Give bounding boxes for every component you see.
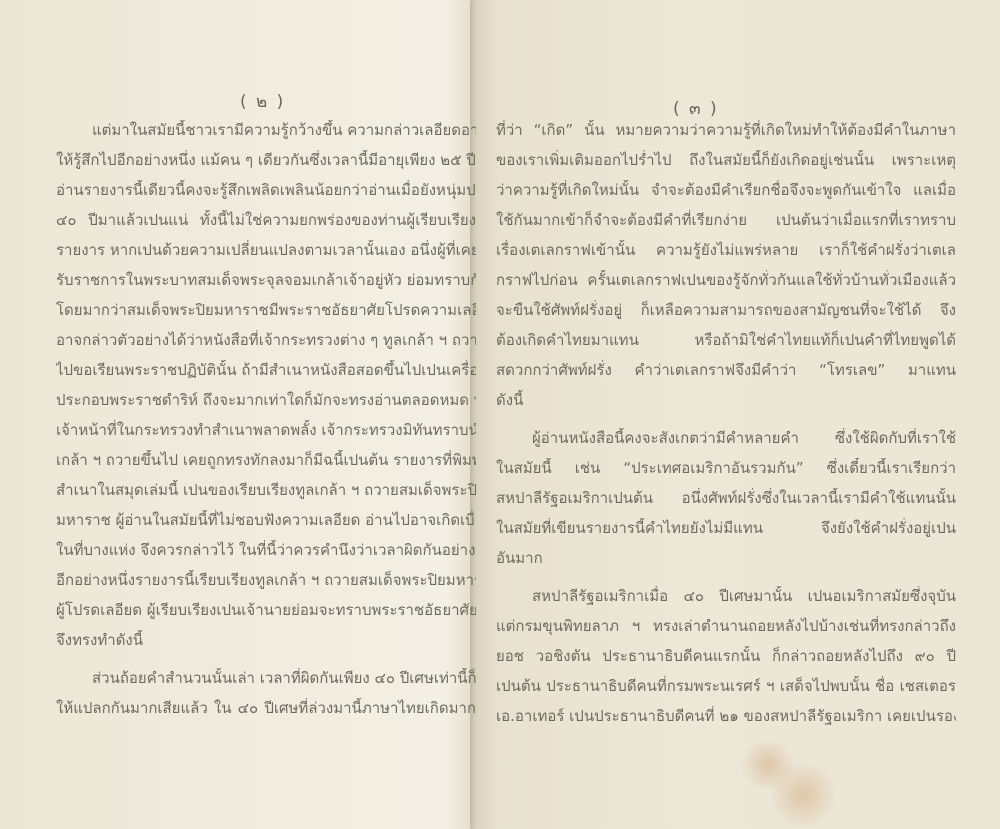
- text-line: อันมาก: [496, 548, 956, 578]
- text-line: ใช้กันมากเข้าก็จำจะต้องมีคำที่เรียกง่าย …: [496, 210, 956, 240]
- text-line: ยอช วอชิงตัน ประธานาธิบดีคนแรกนั้น ก็กล่…: [496, 646, 956, 676]
- text-line: ของเราเพิ่มเติมออกไปร่ำไป ถึงในสมัยนี้ก็…: [496, 150, 956, 180]
- text-line: กราฟไปก่อน ครั้นเตเลกราฟเปนของรู้จักทั่ว…: [496, 270, 956, 300]
- text-line: อาจกล่าวตัวอย่างได้ว่าหนังสือที่เจ้ากระท…: [56, 330, 476, 360]
- text-line: จะขืนใช้ศัพท์ฝรั่งอยู่ ก็เหลือความสามารถ…: [496, 300, 956, 330]
- text-line: เกล้า ฯ ถวายขึ้นไป เคยถูกทรงทักลงมาก็มีฉ…: [56, 450, 476, 480]
- text-line: ดังนี้: [496, 390, 956, 420]
- text-line: สหปาลีรัฐอเมริกาเมื่อ ๔๐ ปีเศษมานั้น เปน…: [496, 586, 956, 616]
- text-line: แต่มาในสมัยนี้ชาวเรามีความรู้กว้างขึ้น ค…: [56, 120, 476, 150]
- book-spread: ( ๒ ) แต่มาในสมัยนี้ชาวเรามีความรู้กว้าง…: [0, 0, 1000, 829]
- text-line: จึงทรงทำดังนี้: [56, 630, 476, 660]
- page-number: ( ๒ ): [240, 88, 285, 115]
- left-page-body: แต่มาในสมัยนี้ชาวเรามีความรู้กว้างขึ้น ค…: [56, 120, 476, 728]
- text-line: ในสมัยที่เขียนรายงารนี้คำไทยยังไม่มีแทน …: [496, 518, 956, 548]
- text-line: ส่วนถ้อยคำสำนวนนั้นเล่า เวลาที่ผิดกันเพี…: [56, 668, 476, 698]
- text-line: ให้แปลกกันมากเสียแล้ว ใน ๔๐ ปีเศษที่ล่วง…: [56, 698, 476, 728]
- page-number: ( ๓ ): [673, 95, 719, 122]
- text-line: ต้องเกิดคำไทยมาแทน หรือถ้ามิใช่คำไทยแท้ก…: [496, 330, 956, 360]
- right-page-body: ที่ว่า “เกิด” นั้น หมายความว่าความรู้ที่…: [496, 120, 956, 736]
- text-line: เอ.อาเทอร์ เปนประธานาธิบดีคนที่ ๒๑ ของสห…: [496, 706, 956, 736]
- text-line: ว่าความรู้ที่เกิดใหม่นั้น จำจะต้องมีคำเร…: [496, 180, 956, 210]
- text-line: เปนต้น ประธานาธิบดีคนที่กรมพระนเรศร์ ฯ เ…: [496, 676, 956, 706]
- text-line: ไปขอเรียนพระราชปฏิบัตินั้น ถ้ามีสำเนาหนั…: [56, 360, 476, 390]
- text-line: ที่ว่า “เกิด” นั้น หมายความว่าความรู้ที่…: [496, 120, 956, 150]
- text-line: ผู้โปรดเลอียด ผู้เรียบเรียงเปนเจ้านายย่อ…: [56, 600, 476, 630]
- text-line: แต่กรมขุนพิทยลาภ ฯ ทรงเล่าตำนานถอยหลังไป…: [496, 616, 956, 646]
- text-line: อีกอย่างหนึ่งรายงารนี้เรียบเรียงทูลเกล้า…: [56, 570, 476, 600]
- text-line: เจ้าหน้าที่ในกระทรวงทำสำเนาพลาดพลั้ง เจ้…: [56, 420, 476, 450]
- text-line: ประกอบพระราชดำริห์ ถึงจะมากเท่าใดก็มักจะ…: [56, 390, 476, 420]
- text-line: ให้รู้สึกไปอีกอย่างหนึ่ง แม้คน ๆ เดียวกั…: [56, 150, 476, 180]
- paper-stain: [768, 760, 838, 829]
- text-line: อ่านรายงารนี้เดียวนี้คงจะรู้สึกเพลิดเพลิ…: [56, 180, 476, 210]
- text-line: สำเนาในสมุดเล่มนี้ เปนของเรียบเรียงทูลเก…: [56, 480, 476, 510]
- text-line: ผู้อ่านหนังสือนี้คงจะสังเกตว่ามีคำหลายคำ…: [496, 428, 956, 458]
- text-line: ในสมัยนี้ เช่น “ประเทศอเมริกาอันรวมกัน” …: [496, 458, 956, 488]
- text-line: ๔๐ ปีมาแล้วเปนแน่ ทั้งนี้ไม่ใช่ความยกพร่…: [56, 210, 476, 240]
- text-line: มหาราช ผู้อ่านในสมัยนี้ที่ไม่ชอบฟังความเ…: [56, 510, 476, 540]
- text-line: เรื่องเตเลกราฟเข้านั้น ความรู้ยังไม่แพร่…: [496, 240, 956, 270]
- text-line: โดยมากว่าสมเด็จพระปิยมหาราชมีพระราชอัธยา…: [56, 300, 476, 330]
- right-page: ( ๓ ) ที่ว่า “เกิด” นั้น หมายความว่าความ…: [468, 0, 1000, 829]
- text-line: สหปาลีรัฐอเมริกาเปนต้น อนึ่งศัพท์ฝรั่งซึ…: [496, 488, 956, 518]
- text-line: รับราชการในพระบาทสมเด็จพระจุลจอมเกล้าเจ้…: [56, 270, 476, 300]
- text-line: สดวกกว่าศัพท์ฝรั่ง คำว่าเตเลกราฟจึงมีคำว…: [496, 360, 956, 390]
- text-line: ในที่บางแห่ง จึงควรกล่าวไว้ ในที่นี้ว่าค…: [56, 540, 476, 570]
- text-line: รายงาร หากเปนด้วยความเปลี่ยนแปลงตามเวลาน…: [56, 240, 476, 270]
- left-page: ( ๒ ) แต่มาในสมัยนี้ชาวเรามีความรู้กว้าง…: [0, 0, 470, 829]
